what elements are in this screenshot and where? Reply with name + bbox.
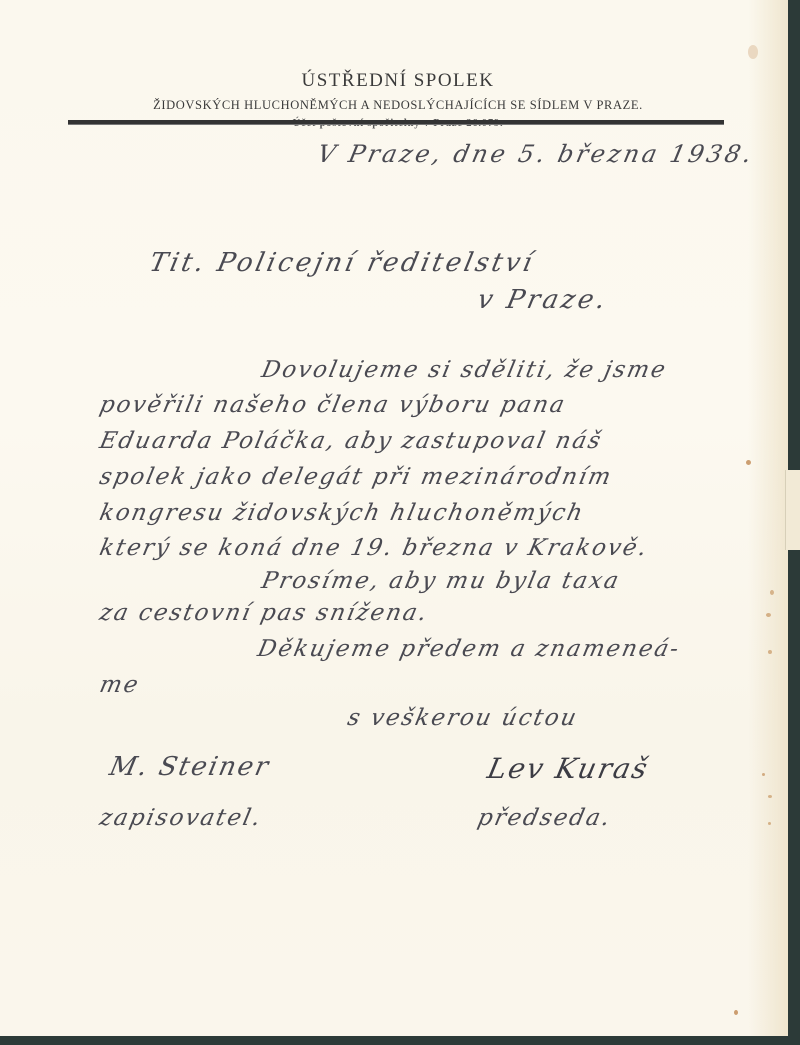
role-chairman: předseda. [475, 805, 614, 831]
recipient-line-2: v Praze. [475, 285, 611, 315]
stain [768, 822, 771, 825]
body-line-4: spolek jako delegát při mezinárodním [97, 464, 615, 490]
stain [762, 773, 765, 776]
stain [766, 613, 771, 617]
signature-chairman: Lev Kuraš [484, 752, 652, 785]
letterhead-subtitle: ŽIDOVSKÝCH HLUCHONĚMÝCH A NEDOSLÝCHAJÍCÍ… [68, 98, 728, 112]
role-secretary: zapisovatel. [97, 805, 264, 831]
letterhead-title: ÚSTŘEDNÍ SPOLEK [68, 70, 728, 92]
stain [748, 45, 758, 59]
body-line-9: Děkujeme předem a znameneá- [255, 636, 683, 662]
body-line-7: Prosíme, aby mu byla taxa [259, 568, 622, 594]
body-line-6: který se koná dne 19. března v Krakově. [97, 535, 650, 561]
letter-page: ÚSTŘEDNÍ SPOLEK ŽIDOVSKÝCH HLUCHONĚMÝCH … [0, 0, 788, 1036]
body-line-1: Dovolujeme si sděliti, že jsme [259, 357, 669, 383]
recipient-line-1: Tit. Policejní ředitelství [147, 248, 538, 278]
body-line-5: kongresu židovských hluchoněmých [97, 500, 587, 526]
body-line-10: me [97, 672, 142, 698]
stain [768, 795, 772, 798]
body-line-8: za cestovní pas snížena. [97, 600, 431, 626]
closing-line: s veškerou úctou [345, 705, 580, 731]
stain [770, 590, 774, 595]
stain [768, 650, 772, 654]
stain [734, 1010, 738, 1015]
signature-secretary: M. Steiner [107, 752, 273, 782]
paper-fold-edge [785, 470, 800, 550]
stain [746, 460, 751, 465]
body-line-3: Eduarda Poláčka, aby zastupoval náš [97, 428, 605, 454]
body-line-2: pověřili našeho člena výboru pana [97, 392, 568, 418]
date-line: V Praze, dne 5. března 1938. [315, 140, 757, 168]
letterhead-rule [68, 120, 724, 125]
